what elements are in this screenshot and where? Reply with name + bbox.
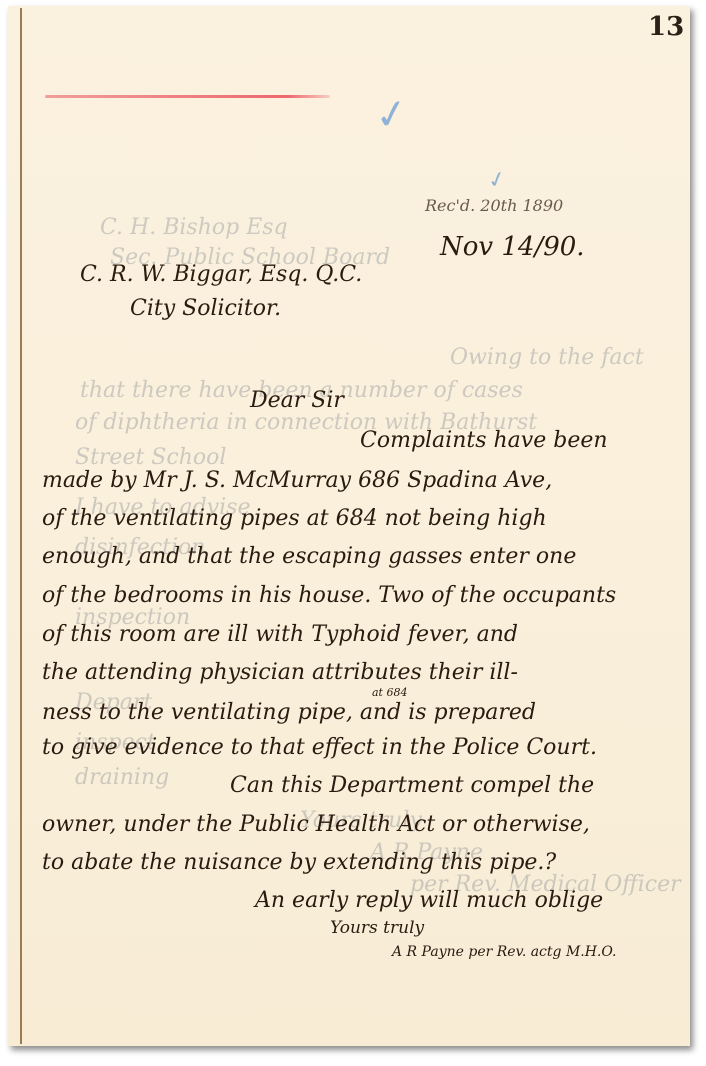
recipient-title: City Solicitor.	[130, 296, 281, 321]
signature: A R Payne per Rev. actg M.H.O.	[392, 944, 617, 960]
page-number: 13	[648, 12, 684, 42]
body-line: the attending physician attributes their…	[42, 660, 518, 685]
body-line: enough, and that the escaping gasses ent…	[42, 544, 576, 569]
bleed-through-text: Street School	[75, 445, 226, 470]
body-line: An early reply will much oblige	[255, 888, 603, 913]
body-line: of this room are ill with Typhoid fever,…	[42, 622, 518, 647]
body-line: of the bedrooms in his house. Two of the…	[42, 583, 616, 608]
body-line: made by Mr J. S. McMurray 686 Spadina Av…	[42, 468, 552, 493]
body-line: Complaints have been	[360, 428, 608, 453]
body-line: to give evidence to that effect in the P…	[42, 735, 597, 760]
received-note: Rec'd. 20th 1890	[425, 196, 563, 215]
body-line: Can this Department compel the	[230, 773, 594, 798]
salutation: Dear Sir	[250, 388, 344, 413]
body-line: ness to the ventilating pipe, and is pre…	[42, 700, 536, 725]
body-line: of the ventilating pipes at 684 not bein…	[42, 506, 547, 531]
body-line: to abate the nuisance by extending this …	[42, 850, 556, 875]
body-line: owner, under the Public Health Act or ot…	[42, 812, 590, 837]
bleed-through-text: C. H. Bishop Esq	[100, 215, 288, 240]
bleed-through-text: Owing to the fact	[450, 345, 644, 370]
closing: Yours truly	[330, 918, 424, 938]
red-pencil-rule	[45, 95, 330, 98]
letter-date: Nov 14/90.	[440, 232, 585, 262]
bleed-through-text: draining	[75, 765, 169, 790]
interlinear-insert: at 684	[372, 686, 407, 699]
binding-line	[20, 8, 22, 1044]
recipient-name: C. R. W. Biggar, Esq. Q.C.	[80, 262, 362, 287]
